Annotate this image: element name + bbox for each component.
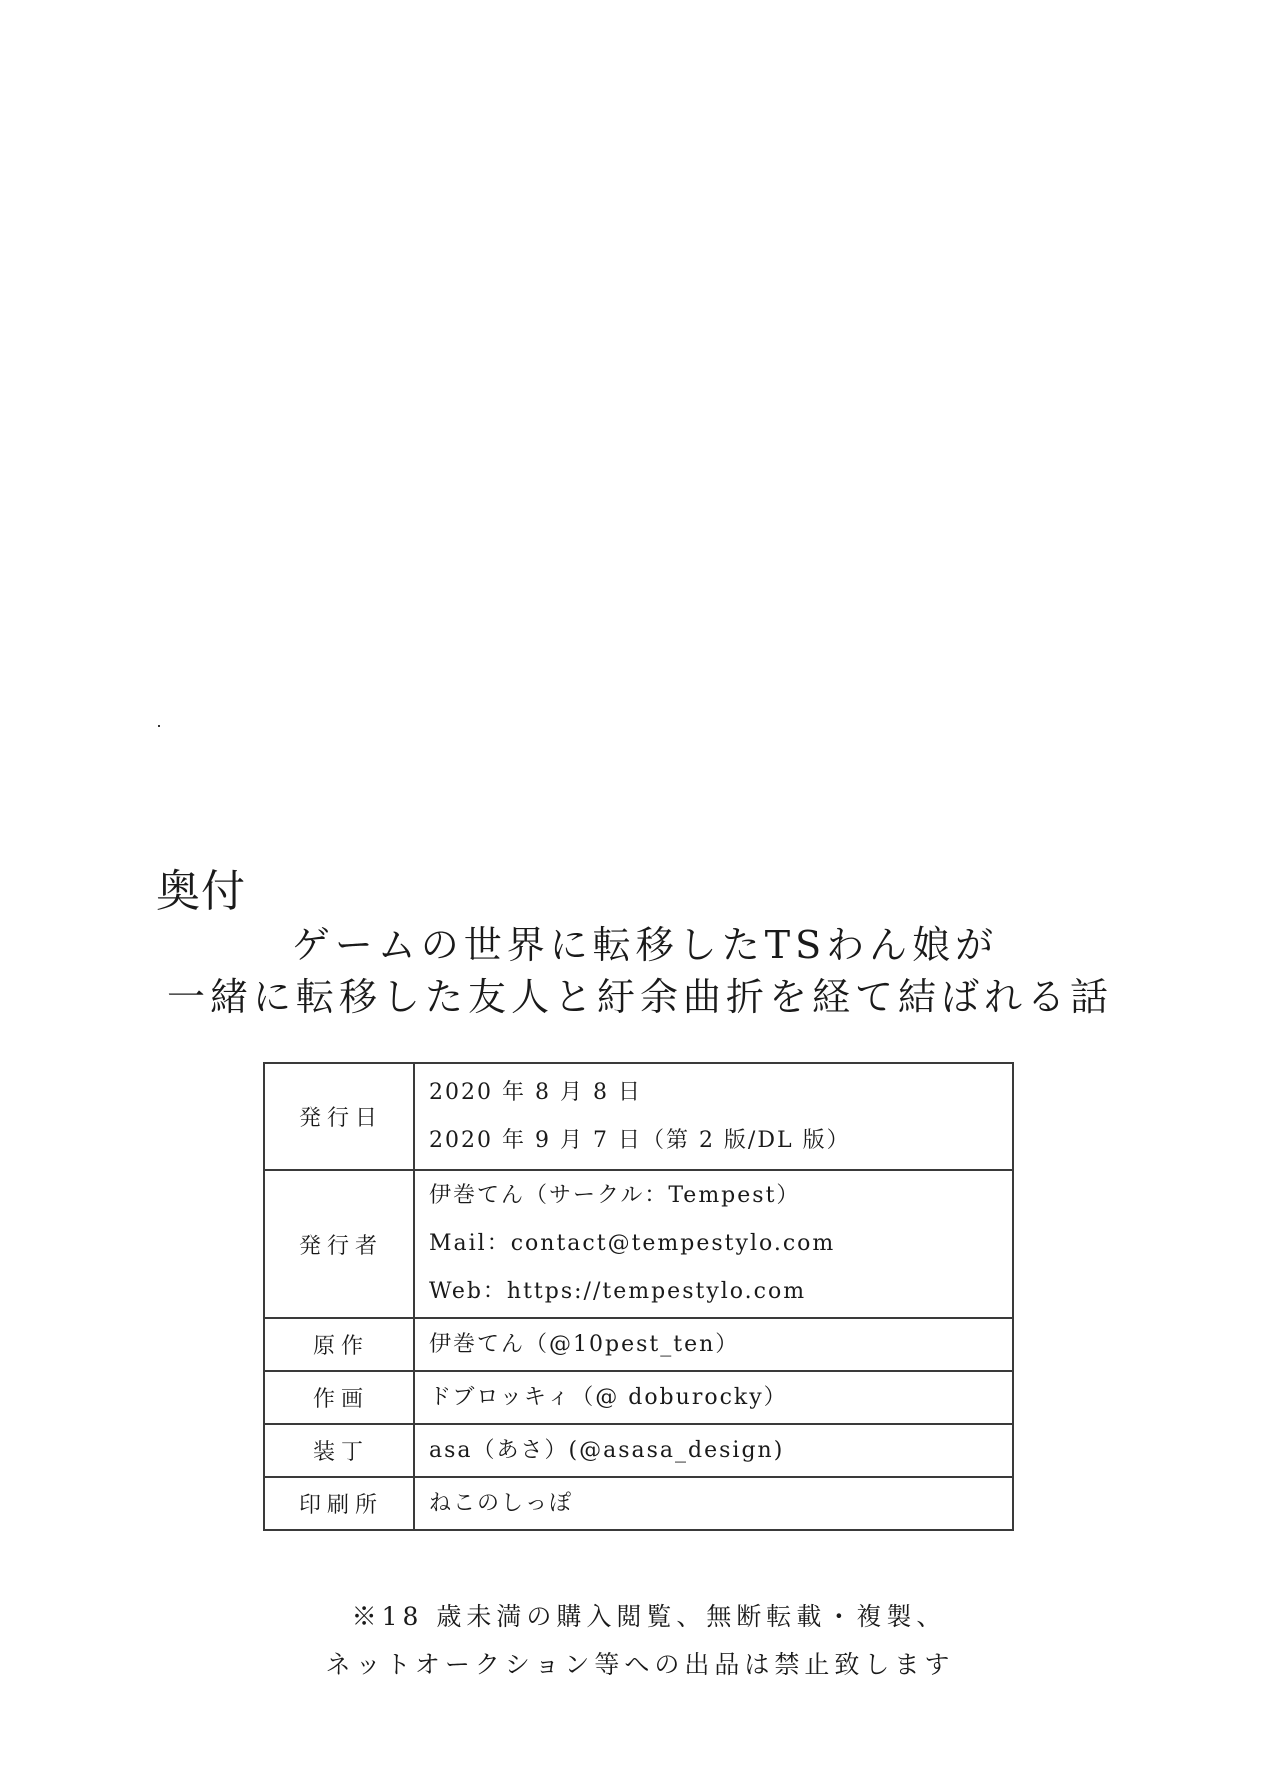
book-title: ゲームの世界に転移したTSわん娘が 一緒に転移した友人と紆余曲折を経て結ばれる話 [0,920,1280,1022]
table-row-publisher: 発行者 伊巻てん（サークル：Tempest） Mail：contact@temp… [264,1170,1013,1318]
legal-notice-line-1: ※18 歳未満の購入閲覧、無断転載・複製、 [0,1593,1280,1641]
book-title-line-2: 一緒に転移した友人と紆余曲折を経て結ばれる話 [0,972,1280,1022]
colophon-heading: 奥付 [156,866,246,918]
row-label: 発行者 [264,1170,414,1318]
table-row-book-design: 装丁 asa（あさ）(@asasa_design) [264,1424,1013,1477]
row-value: ドブロッキィ（@ doburocky） [414,1371,1013,1424]
table-row-publication-date: 発行日 2020 年 8 月 8 日 2020 年 9 月 7 日（第 2 版/… [264,1063,1013,1170]
table-row-illustrator: 作画 ドブロッキィ（@ doburocky） [264,1371,1013,1424]
original-author: 伊巻てん（@10pest_ten） [429,1321,1012,1369]
row-label: 装丁 [264,1424,414,1477]
book-title-line-1: ゲームの世界に転移したTSわん娘が [0,920,1280,970]
row-label: 原作 [264,1318,414,1371]
second-edition-date: 2020 年 9 月 7 日（第 2 版/DL 版） [429,1117,1012,1165]
row-value: asa（あさ）(@asasa_design) [414,1424,1013,1477]
row-value: 2020 年 8 月 8 日 2020 年 9 月 7 日（第 2 版/DL 版… [414,1063,1013,1170]
colophon-table: 発行日 2020 年 8 月 8 日 2020 年 9 月 7 日（第 2 版/… [263,1062,1014,1531]
row-label: 発行日 [264,1063,414,1170]
publisher-name: 伊巻てん（サークル：Tempest） [429,1172,1012,1220]
row-label: 作画 [264,1371,414,1424]
legal-notice: ※18 歳未満の購入閲覧、無断転載・複製、 ネットオークション等への出品は禁止致… [0,1593,1280,1689]
stray-dot-mark [158,725,160,727]
row-value: ねこのしっぽ [414,1477,1013,1530]
table-row-original-author: 原作 伊巻てん（@10pest_ten） [264,1318,1013,1371]
book-designer: asa（あさ）(@asasa_design) [429,1427,1012,1475]
publisher-website: Web：https://tempestylo.com [429,1268,1012,1316]
legal-notice-line-2: ネットオークション等への出品は禁止致します [0,1641,1280,1689]
printer: ねこのしっぽ [429,1480,1012,1528]
first-edition-date: 2020 年 8 月 8 日 [429,1069,1012,1117]
publisher-email: Mail：contact@tempestylo.com [429,1220,1012,1268]
table-row-printer: 印刷所 ねこのしっぽ [264,1477,1013,1530]
row-value: 伊巻てん（@10pest_ten） [414,1318,1013,1371]
illustrator: ドブロッキィ（@ doburocky） [429,1374,1012,1422]
row-value: 伊巻てん（サークル：Tempest） Mail：contact@tempesty… [414,1170,1013,1318]
row-label: 印刷所 [264,1477,414,1530]
